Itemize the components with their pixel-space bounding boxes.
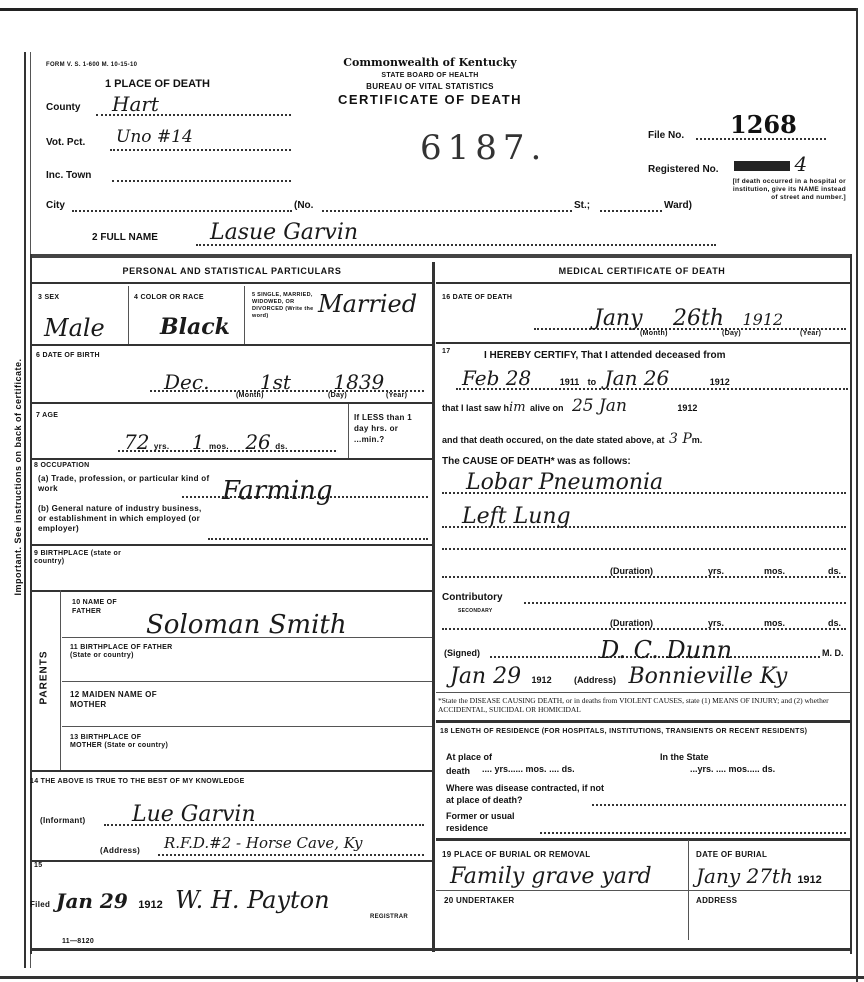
divider [32,544,432,546]
industry-field [208,530,428,540]
residence-label: 18 LENGTH OF RESIDENCE (FOR HOSPITALS, I… [440,728,848,736]
inc-town-field [112,168,291,182]
secondary-label: SECONDARY [458,608,492,614]
board-title: STATE BOARD OF HEALTH [300,72,560,79]
burial-date-field: Jany 27th 1912 [696,864,846,888]
ward-label: Ward) [664,200,692,211]
informant-address-field: R.F.D.#2 - Horse Cave, Ky [158,834,424,856]
divider [32,770,432,772]
dod-month-label: (Month) [640,330,668,337]
informant-label: (Informant) [40,816,86,825]
city-label: City [46,200,65,211]
cause-primary: Lobar Pneumonia [442,470,663,495]
divider [32,344,432,346]
burial-place-value: Family grave yard [450,864,652,889]
informant-value: Lue Garvin [104,802,256,827]
county-value: Hart [96,92,159,116]
date-of-death-field: Jany 26th 1912 [534,306,846,330]
birthplace-label: 9 BIRTHPLACE (state or country) [34,550,134,566]
age-yrs: 72 [118,430,149,454]
attended-to: Jan 26 [601,366,670,390]
dob-label: 6 DATE OF BIRTH [36,352,100,359]
time-suffix: m. [692,435,703,445]
vot-pct-field: Uno #14 [110,127,291,151]
filed-date: Jan 29 [56,889,128,913]
at-place-fields: .... yrs...... mos. .... ds. [482,764,575,774]
informant-address-label: (Address) [100,846,140,855]
struck-number [734,161,790,171]
mother-label: 12 MAIDEN NAME OF MOTHER [70,690,170,710]
divider [32,458,432,460]
section-15-number: 15 [34,862,42,869]
race-label: 4 COLOR OR RACE [134,294,204,301]
dod-year-label: (Year) [800,330,821,337]
sex-label: 3 SEX [38,294,59,301]
form-code: FORM V. S. 1-600 M. 10-15-10 [46,62,137,68]
divider [436,692,850,693]
bureau-title: BUREAU OF VITAL STATISTICS [300,82,560,91]
in-state-label: In the State [660,750,710,764]
ward-field [600,198,662,212]
father-birthplace-label: 11 BIRTHPLACE OF FATHER (State or countr… [70,644,190,660]
duration-ds-label: ds. [826,566,843,576]
in-state-fields: ...yrs. .... mos..... ds. [690,764,775,774]
contracted-field [592,796,846,806]
county-field: Hart [96,92,291,116]
md-label: M. D. [822,648,844,658]
duration-label: (Duration) [608,566,655,576]
time-of-death-line: and that death occured, on the date stat… [442,430,848,452]
last-saw-label: that I last saw h [442,403,509,413]
city-field [72,198,292,212]
top-border [0,8,858,11]
divider [62,726,432,727]
margin-instruction: Important. See instructions on back of c… [13,277,27,677]
father-value: Soloman Smith [146,610,347,640]
res-ds-label: ds. [562,764,575,774]
certificate-title: CERTIFICATE OF DEATH [300,92,560,107]
contracted-label: Where was disease contracted, if not at … [446,782,606,806]
certify-number: 17 [442,348,450,355]
age-mos: 1 [174,430,205,454]
dob-year-label: (Year) [386,392,407,399]
file-no-value: 1268 [696,110,797,139]
signature-field: D. C. Dunn [490,636,820,658]
cause-secondary: Left Lung [442,504,571,529]
medical-heading: MEDICAL CERTIFICATE OF DEATH [436,266,848,276]
cause-line-1: Lobar Pneumonia [442,470,846,494]
bottom-form-code: 11—8120 [62,938,94,945]
divider [436,890,850,891]
undertaker-address-label: ADDRESS [696,896,737,905]
divider [436,282,850,284]
divider [348,404,349,458]
parents-label: PARENTS [39,638,50,718]
former-residence-field [540,824,846,834]
marital-value: Married [318,290,417,318]
attended-from: Feb 28 [456,366,531,390]
dod-month: Jany [534,306,643,331]
full-name-field: Lasue Garvin [196,220,716,246]
res-yrs-label: yrs. [495,764,511,774]
state-mos-label: mos. [729,764,750,774]
full-name-label: 2 FULL NAME [92,232,158,243]
divider [62,681,432,682]
ds-label: ds. [275,442,287,451]
column-divider [432,262,435,952]
attendance-field: Feb 28 1911 to Jan 26 1912 [456,366,848,390]
divider [436,838,850,841]
attended-from-year: 1911 [536,377,580,387]
divider [62,637,432,638]
occupation-value: Farming [182,476,333,506]
to-label: to [584,377,597,387]
burial-date-label: DATE OF BURIAL [696,850,767,859]
duration-mos-label: mos. [762,566,787,576]
last-saw-year: 1912 [631,403,697,413]
race-value: Black [160,314,230,340]
right-border [856,8,858,982]
filed-line: Jan 29 1912 W. H. Payton [56,886,426,912]
frame-right [850,254,852,954]
hospital-note: [If death occurred in a hospital or inst… [726,178,846,202]
divider [32,282,432,284]
personal-heading: PERSONAL AND STATISTICAL PARTICULARS [34,266,430,276]
contributory-field [524,592,846,604]
contributory-label: Contributory [442,592,503,603]
signed-label: (Signed) [444,648,480,658]
duration-label-2: (Duration) [608,618,655,628]
cause-line-3 [442,540,846,550]
registered-no-field: 4 [734,152,844,176]
registrar-label: REGISTRAR [370,914,408,920]
file-no-label: File No. [648,130,684,141]
burial-place-label: 19 PLACE OF BURIAL OR REMOVAL [442,850,590,859]
cause-line-2: Left Lung [442,504,846,528]
st-label: St.; [574,200,590,211]
stamp-number: 6187. [420,128,547,168]
father-label: 10 NAME OF FATHER [72,598,142,616]
vot-pct-label: Vot. Pct. [46,137,85,148]
dob-year: 1839 [295,370,384,394]
divider [436,720,850,723]
divider [436,342,850,344]
dob-day: 1st [214,370,291,394]
dob-field: Dec. 1st 1839 [150,370,424,392]
mother-birthplace-label: 13 BIRTHPLACE OF MOTHER (State or countr… [70,734,170,750]
dob-month-label: (Month) [236,392,264,399]
occurred-label: and that death occured, on the date stat… [442,435,665,445]
physician-address-label: (Address) [556,675,616,685]
file-no-field: 1268 [696,110,826,140]
occupation-field: Farming [182,476,428,498]
date-of-death-label: 16 DATE OF DEATH [442,294,512,301]
duration-yrs-label: yrs. [706,566,726,576]
duration-yrs-label-2: yrs. [706,618,726,628]
certify-label: I HEREBY CERTIFY, That I attended deceas… [484,350,726,361]
no-label: (No. [294,200,313,211]
duration-ds-label-2: ds. [826,618,843,628]
filed-label: Filed [30,900,50,909]
physician-signature: D. C. Dunn [490,636,732,664]
certificate-header: Commonwealth of Kentucky STATE BOARD OF … [300,56,560,107]
mos-label: mos. [209,442,229,451]
time-of-death: 3 P [669,431,692,447]
inc-town-label: Inc. Town [46,170,91,181]
commonwealth-title: Commonwealth of Kentucky [300,56,560,69]
registered-no-label: Registered No. [648,164,719,175]
occupation-label: 8 OCCUPATION [34,462,89,469]
divider [128,286,129,344]
vot-pct-value: Uno #14 [110,127,193,147]
cause-label: The CAUSE OF DEATH* was as follows: [442,456,631,467]
dob-day-label: (Day) [328,392,347,399]
age-label: 7 AGE [36,412,58,419]
last-saw-pronoun: im [509,400,526,415]
former-residence-label: Former or usual residence [446,810,536,834]
occupation-b-label: (b) General nature of industry business,… [38,504,208,534]
main-frame-top [30,254,852,258]
divider [60,590,61,770]
divider [32,402,432,404]
informant-address-value: R.F.D.#2 - Horse Cave, Ky [158,834,363,852]
signed-date: Jan 29 [450,664,521,689]
alive-label: alive on [530,403,564,413]
cause-footnote: *State the DISEASE CAUSING DEATH, or in … [438,696,848,714]
burial-date-value: Jany 27th [696,864,793,888]
less-than-day-label: If LESS than 1 day hrs. or ...min.? [354,412,428,445]
frame-left [30,254,32,954]
duration-mos-label-2: mos. [762,618,787,628]
physician-address: Bonnieville Ky [621,664,788,689]
full-name-value: Lasue Garvin [196,220,358,245]
signed-year: 1912 [526,675,552,685]
last-saw-date: 25 Jan [568,396,627,416]
marital-label: 5 SINGLE, MARRIED, WIDOWED, OR DIVORCED … [252,292,324,320]
duration-line-1: (Duration) yrs. mos. ds. [442,568,846,578]
attestation-label: 14 THE ABOVE IS TRUE TO THE BEST OF MY K… [30,778,245,785]
informant-field: Lue Garvin [104,802,424,826]
sex-value: Male [44,314,105,342]
bottom-border [0,976,864,979]
registrar-signature: W. H. Payton [167,886,329,914]
county-label: County [46,102,80,113]
place-of-death-heading: 1 PLACE OF DEATH [105,78,210,90]
registered-no-value: 4 [794,152,807,176]
signed-date-line: Jan 29 1912 (Address) Bonnieville Ky [450,664,850,690]
divider [32,860,432,862]
state-ds-label: ds. [762,764,775,774]
burial-year-value: 1912 [797,874,821,886]
undertaker-label: 20 UNDERTAKER [444,896,514,905]
dod-day-label: (Day) [722,330,741,337]
attended-to-year: 1912 [674,377,730,387]
last-seen-line: that I last saw him alive on 25 Jan 1912 [442,396,848,418]
duration-line-2: (Duration) yrs. mos. ds. [442,620,846,630]
dob-month: Dec. [150,370,209,394]
dod-day: 26th [647,306,724,331]
age-field: 72 yrs. 1 mos. 26 ds. [118,430,336,452]
filed-year: 1912 [132,899,162,911]
yrs-label: yrs. [154,442,169,451]
main-frame-bottom [30,948,852,951]
street-field [322,198,572,212]
state-yrs-label: yrs. [698,764,714,774]
divider [244,286,245,344]
divider [32,590,432,592]
age-ds: 26 [233,430,270,454]
dod-year: 1912 [728,310,783,329]
res-mos-label: mos. [526,764,547,774]
